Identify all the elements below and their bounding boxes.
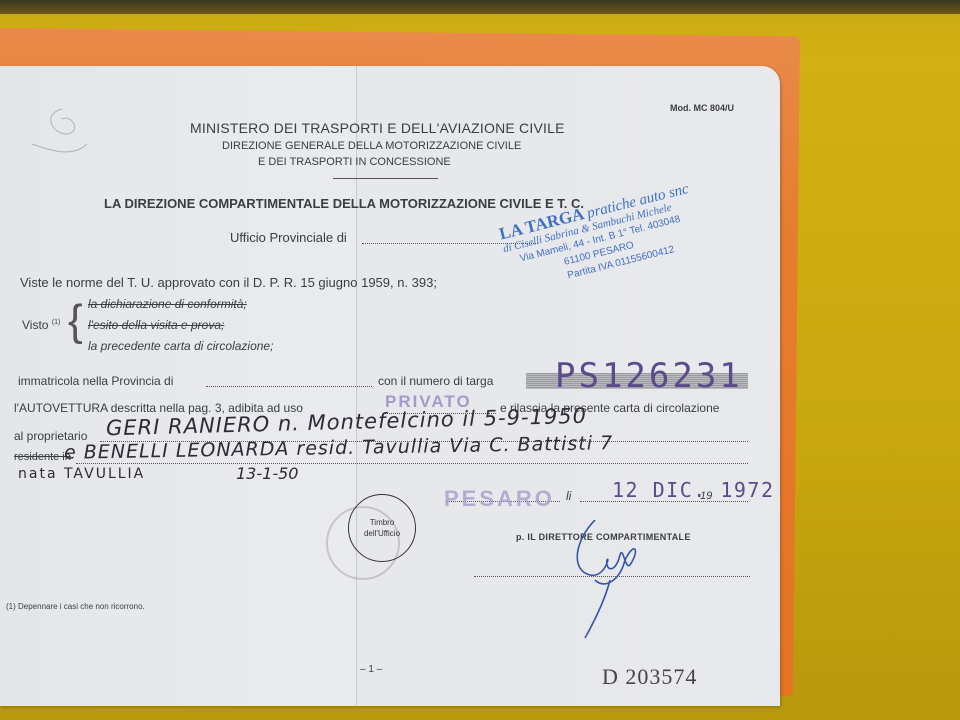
residence-label: residente in (14, 451, 71, 463)
seal-line-2: dell'Ufficio (364, 528, 400, 539)
visto-option-conformity: la dichiarazione di conformità; (88, 297, 247, 311)
footnote: (1) Depennare i casi che non ricorrono. (6, 602, 145, 611)
page-number: – 1 – (360, 664, 382, 675)
li-label: li (566, 489, 571, 503)
handwritten-birthplace: nata TAVULLIA (18, 466, 145, 482)
provincial-office-label: Ufficio Provinciale di (230, 230, 347, 245)
ministry-title: MINISTERO DEI TRASPORTI E DELL'AVIAZIONE… (190, 120, 565, 136)
residence-field (76, 463, 748, 464)
plate-label: con il numero di targa (378, 374, 493, 388)
province-label: immatricola nella Provincia di (18, 374, 173, 388)
brace: { (68, 296, 83, 346)
signature (565, 520, 645, 640)
date-stamp: 12 DIC. 1972 (612, 478, 775, 502)
visto-option-inspection: l'esito della visita e prova; (88, 318, 224, 332)
serial-number: D 203574 (602, 664, 697, 690)
form-code: Mod. MC 804/U (670, 103, 734, 113)
plate-number-stamp: PS126231 (555, 356, 743, 396)
visto-option-previous-card: la precedente carta di circolazione; (88, 339, 273, 353)
province-field (206, 386, 372, 387)
legal-basis: Viste le norme del T. U. approvato con i… (20, 275, 437, 290)
place-stamp: PESARO (444, 486, 555, 512)
directorate-line-2: E DEI TRASPORTI IN CONCESSIONE (258, 156, 451, 168)
seal-line-1: Timbro (370, 517, 395, 528)
year-prefix: 19 (700, 490, 712, 502)
office-seal: Timbro dell'Ufficio (348, 494, 416, 562)
issuing-body: LA DIREZIONE COMPARTIMENTALE DELLA MOTOR… (104, 196, 584, 211)
faded-signature-mark (22, 104, 102, 174)
background-top-edge (0, 0, 960, 14)
directorate-line-1: DIREZIONE GENERALE DELLA MOTORIZZAZIONE … (222, 140, 521, 152)
handwritten-birthdate: 13-1-50 (236, 464, 298, 483)
visto-label: Visto (1) (22, 318, 60, 332)
header-rule (333, 178, 438, 179)
